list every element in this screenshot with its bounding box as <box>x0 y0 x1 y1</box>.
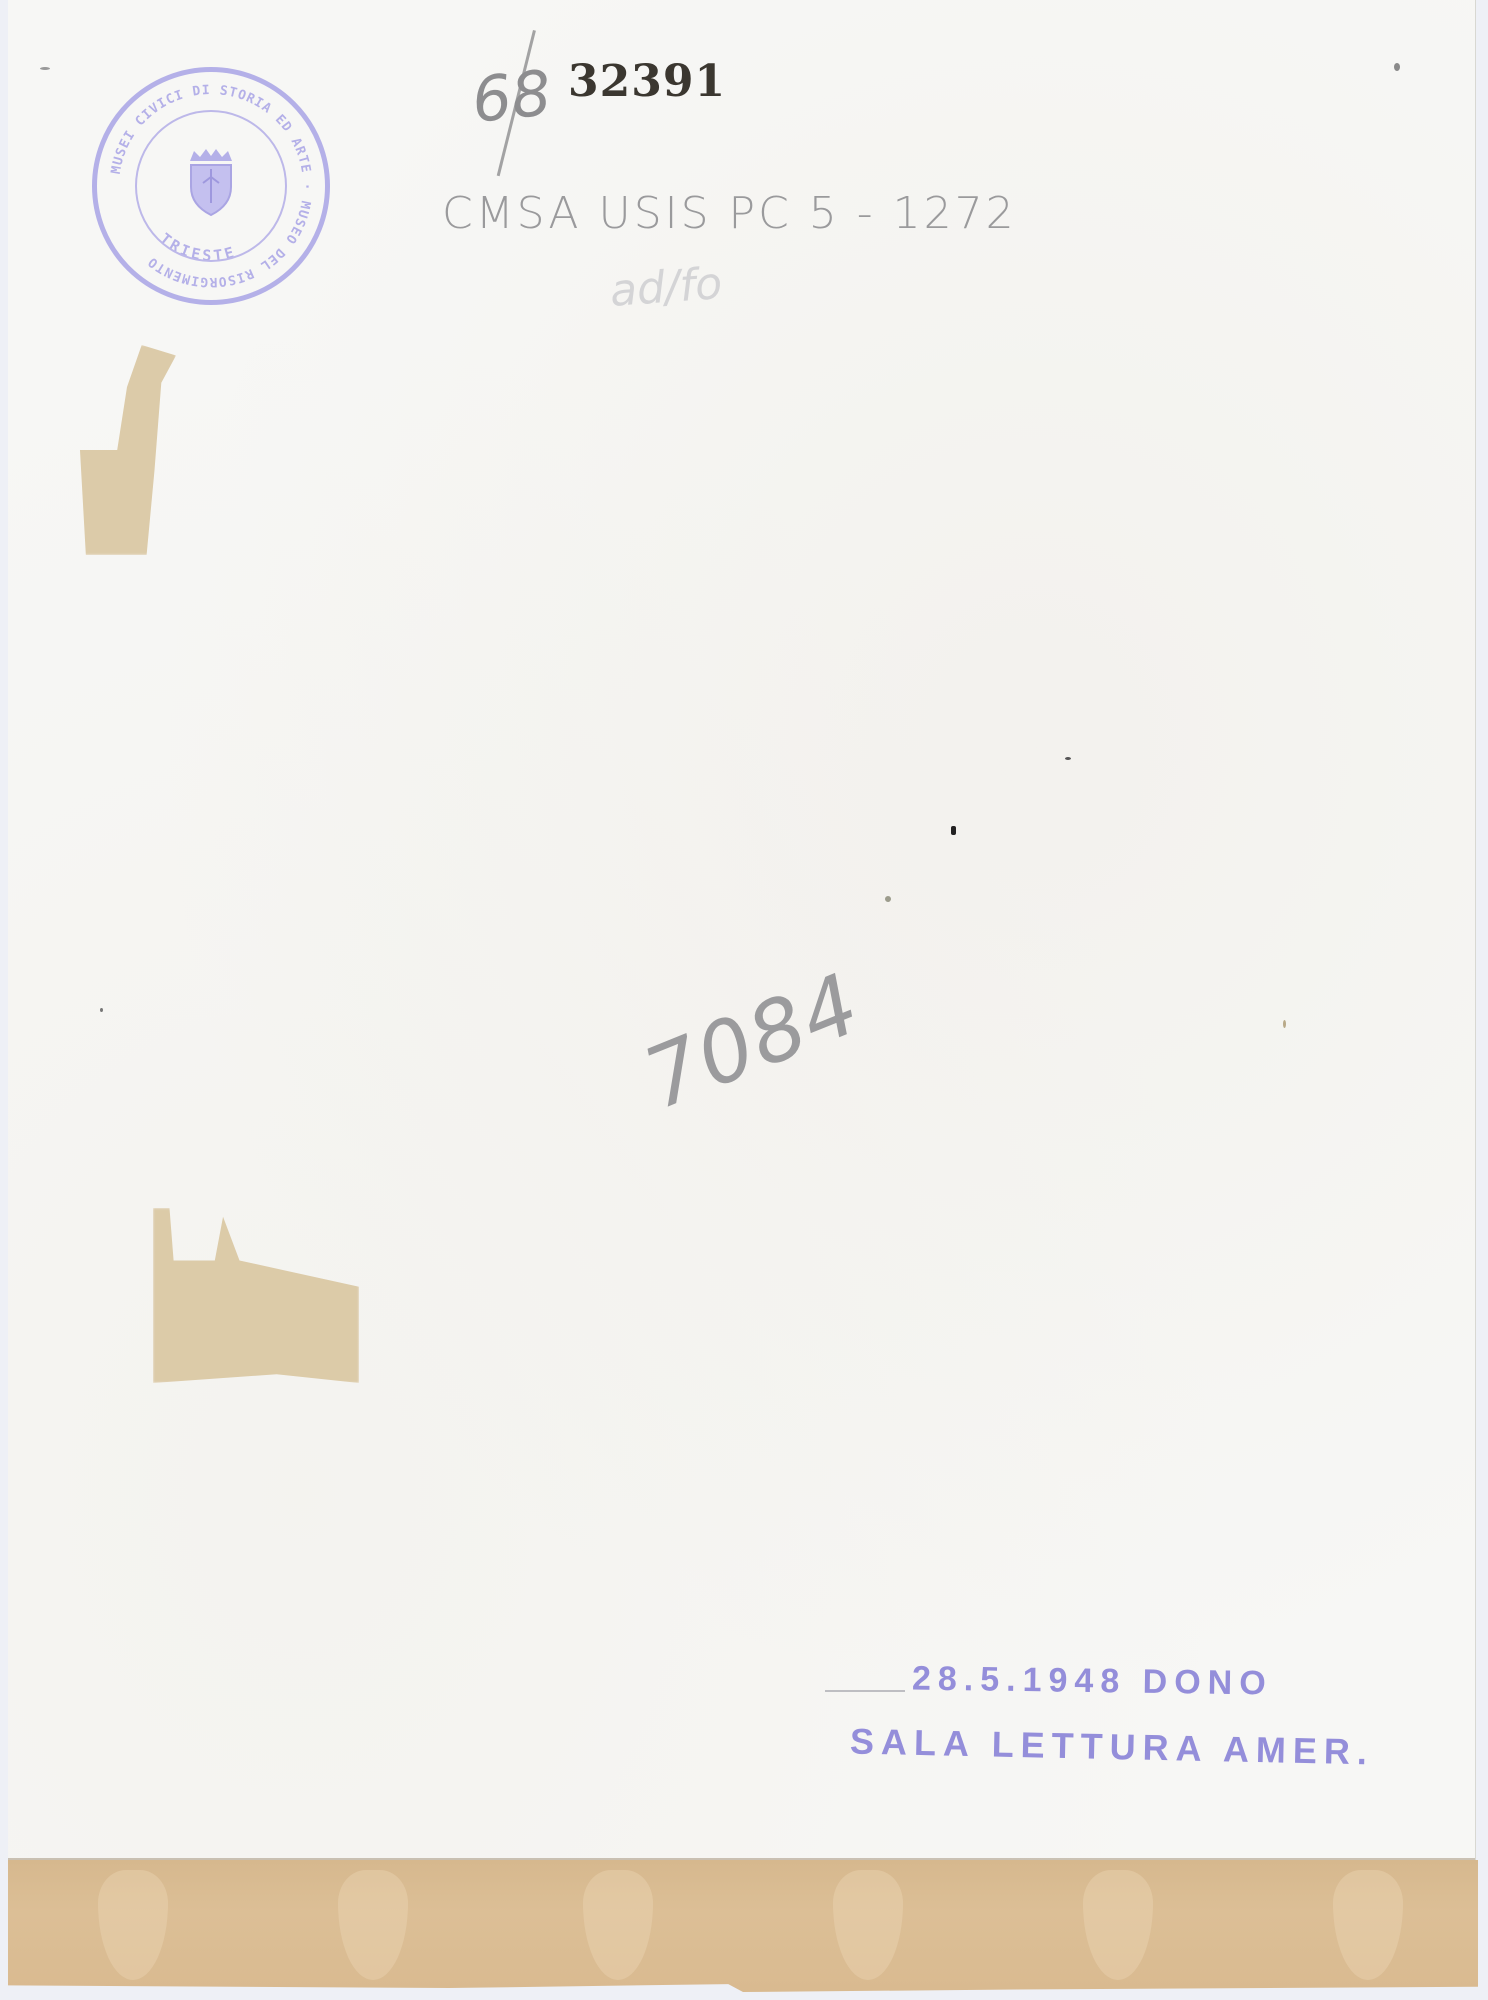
paper-speck <box>885 896 891 902</box>
archive-stamp: MUSEI CIVICI DI STORIA ED ARTE · MUSEO D… <box>92 67 330 305</box>
pencil-reference: CMSA USIS PC 5 - 1272 <box>442 188 1017 239</box>
watermark-shield-icon <box>98 1870 168 1980</box>
paper-speck <box>1283 1020 1286 1028</box>
donation-date: 28.5.1948 DONO <box>912 1659 1273 1703</box>
pencil-rule <box>825 1690 905 1692</box>
faint-pencil-mark: ad/fo <box>608 258 723 317</box>
watermark-shield-icon <box>1083 1870 1153 1980</box>
paper-speck <box>1065 757 1071 760</box>
watermark-shield-icon <box>1333 1870 1403 1980</box>
paper-speck <box>951 826 956 835</box>
watermark-shield-icon <box>583 1870 653 1980</box>
paper-speck <box>1394 63 1400 71</box>
watermark-shield-icon <box>833 1870 903 1980</box>
paper-speck <box>40 67 50 70</box>
inventory-number: 32391 <box>568 56 726 107</box>
paper-speck <box>100 1008 103 1012</box>
watermark-shield-icon <box>338 1870 408 1980</box>
backing-paper-strip <box>8 1860 1478 1992</box>
shield-crest-icon <box>186 147 236 217</box>
